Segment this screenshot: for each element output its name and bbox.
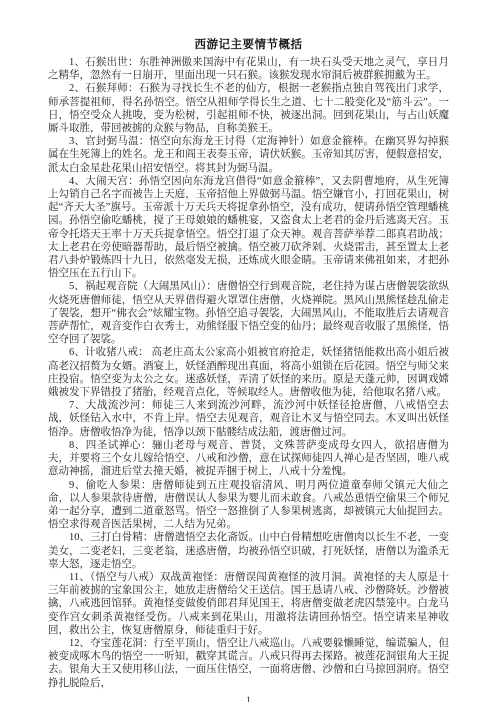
paragraph-6: 6、计收猪八戒： 高老庄高太公家高小姐被官府抢走，妖怪猪悟能救出高小姐后被高老汉… (48, 346, 449, 399)
paragraph-10: 10、三打白骨精：唐僧遣悟空去化斋饭。山中白骨精想吃唐僧肉以长生不老，一变美女，… (48, 531, 449, 571)
paragraph-11: 11、（悟空与八戒）双战黄袍怪：唐僧误闯黄袍怪的波月洞。黄袍怪的夫人原是十三年前… (48, 571, 449, 637)
paragraph-12: 12、夺宝莲花洞：行至平顶山，悟空让八戒巡山。八戒要躲懒睡觉，编谎骗人，但被变成… (48, 637, 449, 690)
paragraph-5: 5、祸起观音院（大闹黑风山）：唐僧悟空行到观音院，老住持为谋占唐僧袈裟欲纵火烧死… (48, 280, 449, 346)
page-number: 1 (48, 696, 449, 702)
paragraph-7: 7、大战流沙河：师徒三人来到流沙河畔，流沙河中妖怪径抢唐僧，八戒悟空去战，妖怪钻… (48, 399, 449, 439)
document-body: 1、石猴出世：东胜神洲傲来国海中有花果山，有一块石头受天地之灵气，享日月之精华，… (48, 56, 449, 690)
document-page: 西游记主要情节概括 1、石猴出世：东胜神洲傲来国海中有花果山，有一块石头受天地之… (0, 0, 496, 702)
paragraph-9: 9、偷吃人参果：唐僧师徒到五庄观投宿清风、明月两位道童奉师父镇元大仙之命，以人参… (48, 479, 449, 532)
paragraph-4: 4、大闹天宫：孙悟空因向东海龙宫借得“如意金箍棒”，又去阴曹地府，从生死簿上勾销… (48, 175, 449, 281)
paragraph-2: 2、石猴拜师：石猴为寻找长生不老的仙方，根据一老猴指点独自驾筏出门求学，师承菩提… (48, 82, 449, 135)
page-title: 西游记主要情节概括 (48, 36, 449, 52)
paragraph-8: 8、四圣试禅心：骊山老母与观音、普贤，文殊菩萨变成母女四人，欲招唐僧为夫，并要将… (48, 439, 449, 479)
paragraph-1: 1、石猴出世：东胜神洲傲来国海中有花果山，有一块石头受天地之灵气，享日月之精华，… (48, 56, 449, 82)
paragraph-3: 3、官封弼马温：悟空向东海龙王讨得（定海神针）如意金箍棒。在幽冥界勾掉猴属在生死… (48, 135, 449, 175)
